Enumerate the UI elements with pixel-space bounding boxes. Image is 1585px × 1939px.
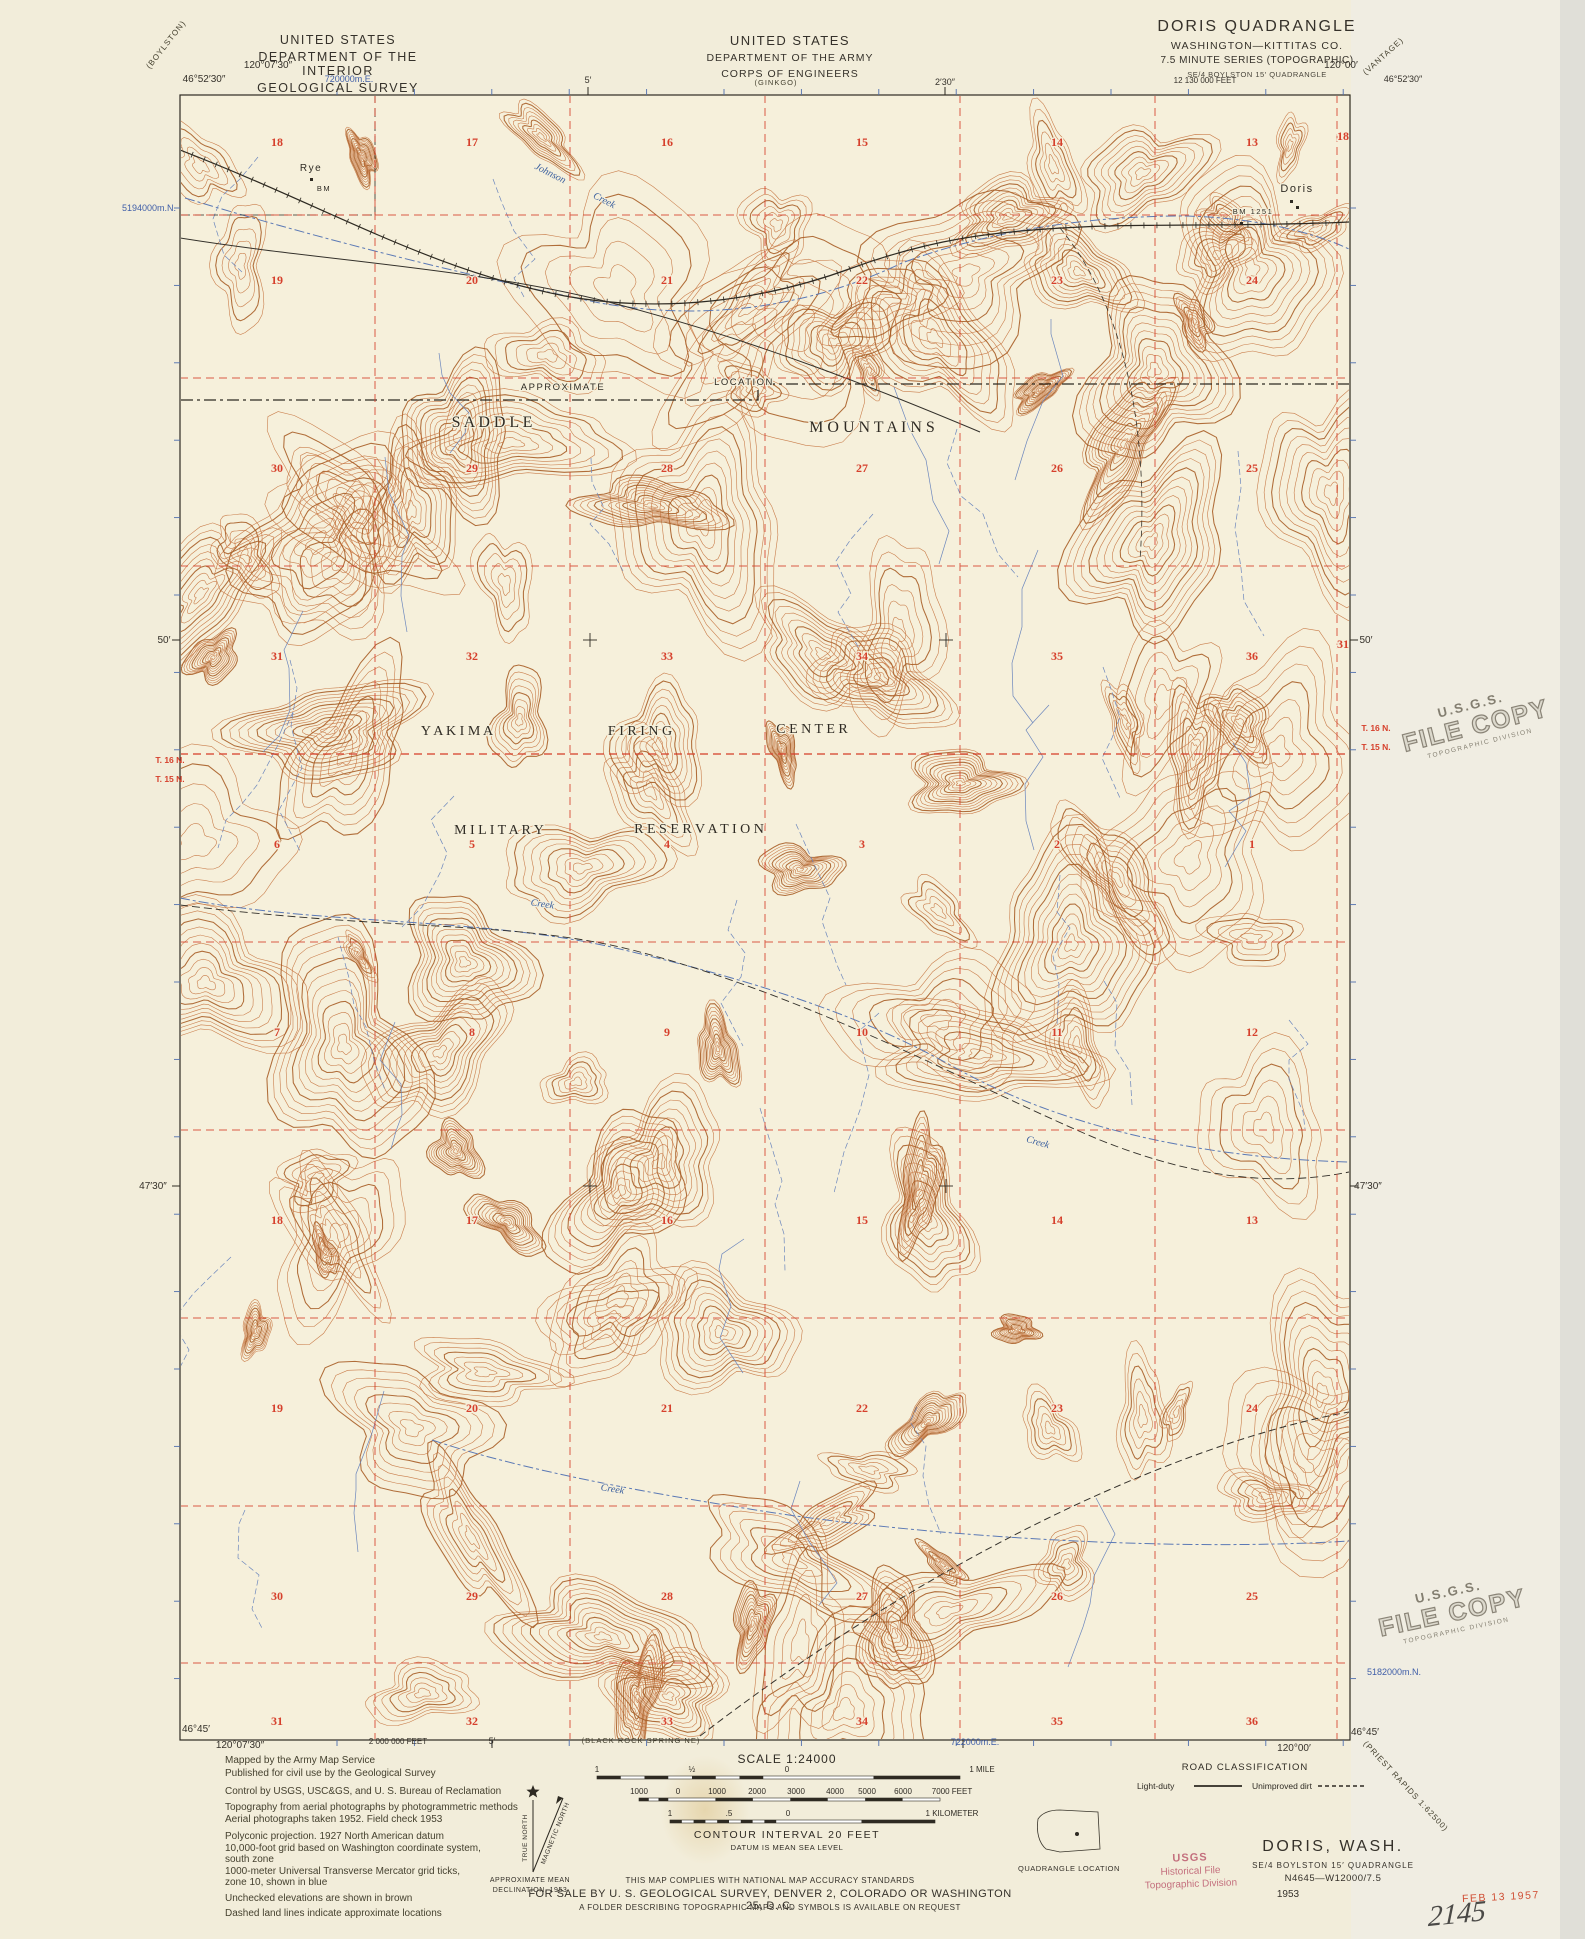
road-classification: ROAD CLASSIFICATIONLight-dutyUnimproved … (1137, 1762, 1364, 1791)
section-number: 33 (661, 1714, 673, 1728)
svg-text:4000: 4000 (826, 1787, 844, 1796)
edge-label: 5′ (585, 75, 592, 85)
header-quadrangle: DORIS QUADRANGLE WASHINGTON—KITTITAS CO.… (1107, 18, 1407, 79)
svg-text:5000: 5000 (858, 1787, 876, 1796)
credit-line: 10,000-foot grid based on Washington coo… (225, 1843, 481, 1854)
quad-parent: SE/4 BOYLSTON 15′ QUADRANGLE (1107, 70, 1407, 79)
edge-label: 46°52′30″ (183, 74, 226, 85)
edge-label: 722000m.E. (951, 1737, 1000, 1747)
quad-title: DORIS QUADRANGLE (1107, 18, 1407, 36)
svg-text:1: 1 (595, 1765, 600, 1774)
credit-line: zone 10, shown in blue (225, 1877, 327, 1888)
building (1240, 222, 1243, 225)
section-number: 20 (466, 1401, 478, 1415)
edge-label: (BLACK ROCK SPRING NE) (582, 1736, 701, 1745)
edge-label: 47′30″ (139, 1181, 167, 1192)
section-number: 17 (466, 1213, 478, 1227)
svg-text:.5: .5 (726, 1809, 733, 1818)
edge-label: T. 15 N. (1361, 742, 1390, 752)
section-number: 35 (1051, 649, 1063, 663)
section-number: 19 (271, 273, 283, 287)
section-number: 21 (661, 1401, 673, 1415)
location-dot-icon (1075, 1832, 1079, 1836)
edge-label: 2′30″ (935, 77, 956, 87)
contour-interval-note: CONTOUR INTERVAL 20 FEET (694, 1829, 880, 1841)
svg-text:1000: 1000 (630, 1787, 648, 1796)
map-label: C E N T E R (776, 722, 848, 737)
map-label: Y A K I M A (421, 724, 494, 739)
section-number: 16 (661, 1213, 673, 1227)
svg-text:1 KILOMETER: 1 KILOMETER (926, 1809, 979, 1818)
map-sheet: 1817161514131819202122232430292827262531… (0, 0, 1585, 1939)
svg-text:1: 1 (668, 1809, 673, 1818)
section-number: 14 (1051, 135, 1063, 149)
map-label: LOCATION (714, 377, 774, 388)
section-number: 33 (661, 649, 673, 663)
edge-label: 120°00′ (1277, 1743, 1311, 1754)
building (310, 178, 313, 181)
scale-title: SCALE 1:24000 (737, 1752, 836, 1766)
svg-text:6000: 6000 (894, 1787, 912, 1796)
section-number: 5 (469, 837, 475, 851)
svg-text:1 MILE: 1 MILE (969, 1765, 994, 1774)
road-class-title: ROAD CLASSIFICATION (1182, 1762, 1309, 1773)
header-line: GEOLOGICAL SURVEY (238, 81, 438, 95)
road-class-dirt: Unimproved dirt (1252, 1781, 1313, 1791)
handwritten-number: 2145 (1428, 1895, 1487, 1934)
credit-line: Mapped by the Army Map Service (225, 1755, 375, 1766)
sheet-year: 1953 (1238, 1889, 1338, 1900)
map-label: Doris (1280, 183, 1313, 195)
historical-file-stamp: USGS Historical File Topographic Divisio… (1132, 1850, 1248, 1893)
map-label: APPROXIMATE (521, 382, 605, 393)
svg-text:1000: 1000 (708, 1787, 726, 1796)
section-number: 15 (856, 135, 868, 149)
edge-label: 5194000m.N. (122, 203, 176, 213)
edge-label: 50′ (158, 635, 171, 646)
section-number: 22 (856, 273, 868, 287)
header-line: CORPS OF ENGINEERS (690, 68, 890, 80)
section-number: 35 (1051, 1714, 1063, 1728)
section-number: 8 (469, 1025, 475, 1039)
section-number: 27 (856, 461, 868, 475)
edge-label: T. 16 N. (155, 755, 184, 765)
header-line: DEPARTMENT OF THE INTERIOR (238, 50, 438, 78)
quad-state: WASHINGTON—KITTITAS CO. (1107, 40, 1407, 52)
credit-line: Dashed land lines indicate approximate l… (225, 1908, 442, 1919)
map-label: M I L I T A R Y (454, 823, 544, 838)
svg-text:2000: 2000 (748, 1787, 766, 1796)
credit-line: Aerial photographs taken 1952. Field che… (225, 1814, 442, 1825)
section-number: 21 (661, 273, 673, 287)
section-number: 27 (856, 1589, 868, 1603)
section-number: 13 (1246, 1213, 1258, 1227)
header-line: UNITED STATES (238, 33, 438, 47)
datum-note: DATUM IS MEAN SEA LEVEL (731, 1843, 844, 1852)
building (1290, 200, 1293, 203)
edge-label: 120°07′30″ (216, 1740, 265, 1751)
credit-line: Topography from aerial photographs by ph… (225, 1802, 518, 1813)
section-number: 26 (1051, 1589, 1063, 1603)
section-number: 2 (1054, 837, 1060, 851)
credit-line: Published for civil use by the Geologica… (225, 1768, 436, 1779)
edge-label: (PRIEST RAPIDS 1:62500) (1362, 1739, 1451, 1833)
section-number: 24 (1246, 1401, 1258, 1415)
section-number: 29 (466, 461, 478, 475)
edge-label: (BOYLSTON) (144, 19, 187, 71)
section-number: 19 (271, 1401, 283, 1415)
section-number: 10 (856, 1025, 868, 1039)
credit-line: Polyconic projection. 1927 North America… (225, 1831, 444, 1842)
quad-series: 7.5 MINUTE SERIES (TOPOGRAPHIC) (1107, 55, 1407, 66)
section-number: 32 (466, 649, 478, 663)
credit-line: Unchecked elevations are shown in brown (225, 1893, 412, 1904)
accuracy-note: THIS MAP COMPLIES WITH NATIONAL MAP ACCU… (520, 1876, 1020, 1885)
section-number: 18 (271, 1213, 283, 1227)
section-number: 34 (856, 649, 868, 663)
quad-location-caption: QUADRANGLE LOCATION (1018, 1864, 1120, 1873)
section-number: 16 (661, 135, 673, 149)
edge-label: 46°45′ (182, 1724, 210, 1735)
section-number: 6 (274, 837, 280, 851)
quadrangle-location: QUADRANGLE LOCATION (1018, 1810, 1120, 1873)
section-number: 30 (271, 1589, 283, 1603)
edge-label: 5182000m.N. (1367, 1667, 1421, 1677)
section-number: 7 (274, 1025, 280, 1039)
svg-text:7000 FEET: 7000 FEET (932, 1787, 973, 1796)
credit-line: south zone (225, 1854, 274, 1865)
section-number: 12 (1246, 1025, 1258, 1039)
map-label: Rye (300, 163, 322, 174)
header-army: UNITED STATES DEPARTMENT OF THE ARMY COR… (690, 33, 890, 80)
header-line: UNITED STATES (690, 33, 890, 48)
credit-line: Control by USGS, USC&GS, and U. S. Burea… (225, 1786, 501, 1797)
section-number: 25 (1246, 1589, 1258, 1603)
section-number: 13 (1246, 135, 1258, 149)
credit-line: 1000-meter Universal Transverse Mercator… (225, 1866, 460, 1877)
scale-bars: SCALE 1:240001½01 MILE100001000200030004… (595, 1752, 995, 1852)
svg-text:0: 0 (785, 1765, 790, 1774)
section-number: 15 (856, 1213, 868, 1227)
section-number: 34 (856, 1714, 868, 1728)
star-icon (526, 1785, 539, 1798)
section-number: 23 (1051, 1401, 1063, 1415)
map-label: F I R I N G (608, 724, 672, 739)
section-number: 25 (1246, 461, 1258, 475)
section-number: 26 (1051, 461, 1063, 475)
true-north-label: TRUE NORTH (522, 1814, 529, 1862)
map-label: S A D D L E (452, 414, 533, 431)
building (1296, 206, 1299, 209)
section-number: 36 (1246, 1714, 1258, 1728)
section-number: 20 (466, 273, 478, 287)
section-number: 28 (661, 461, 673, 475)
section-number: 29 (466, 1589, 478, 1603)
state-outline-icon (1037, 1810, 1100, 1852)
svg-text:0: 0 (676, 1787, 681, 1796)
folder-note: A FOLDER DESCRIBING TOPOGRAPHIC MAPS AND… (520, 1903, 1020, 1912)
section-number: 3 (859, 837, 865, 851)
section-number: 28 (661, 1589, 673, 1603)
svg-text:0: 0 (786, 1809, 791, 1818)
edge-label: T. 15 N. (155, 774, 184, 784)
section-number: 18 (271, 135, 283, 149)
edge-label: 5′ (489, 1736, 496, 1746)
map-label: BM (317, 184, 331, 193)
section-number: 22 (856, 1401, 868, 1415)
map-label: M O U N T A I N S (809, 419, 935, 436)
section-number: 18 (1337, 129, 1349, 143)
header-line: DEPARTMENT OF THE ARMY (690, 52, 890, 64)
section-number: 4 (664, 837, 670, 851)
section-number: 9 (664, 1025, 670, 1039)
section-number: 36 (1246, 649, 1258, 663)
section-number: 30 (271, 461, 283, 475)
svg-text:½: ½ (689, 1765, 696, 1774)
section-number: 1 (1249, 837, 1255, 851)
section-number: 31 (271, 649, 283, 663)
section-number: 24 (1246, 273, 1258, 287)
edge-label: 2 000 000 FEET (369, 1737, 427, 1746)
road-class-light: Light-duty (1137, 1781, 1175, 1791)
section-number: 11 (1051, 1025, 1062, 1039)
section-number: 31 (271, 1714, 283, 1728)
edge-label: 46°45′ (1351, 1727, 1379, 1738)
map-label: BM 1251 (1233, 207, 1274, 216)
section-number: 14 (1051, 1213, 1063, 1227)
svg-text:3000: 3000 (787, 1787, 805, 1796)
section-number: 23 (1051, 273, 1063, 287)
section-number: 32 (466, 1714, 478, 1728)
topographic-map: 1817161514131819202122232430292827262531… (0, 0, 1585, 1939)
section-number: 17 (466, 135, 478, 149)
magnetic-north-label: MAGNETIC NORTH (540, 1801, 571, 1865)
header-interior: UNITED STATES DEPARTMENT OF THE INTERIOR… (238, 30, 438, 95)
edge-label: 50′ (1360, 635, 1373, 646)
section-number: 31 (1337, 637, 1349, 651)
edge-label: 47′30″ (1354, 1181, 1382, 1192)
map-label: R E S E R V A T I O N (634, 822, 764, 837)
